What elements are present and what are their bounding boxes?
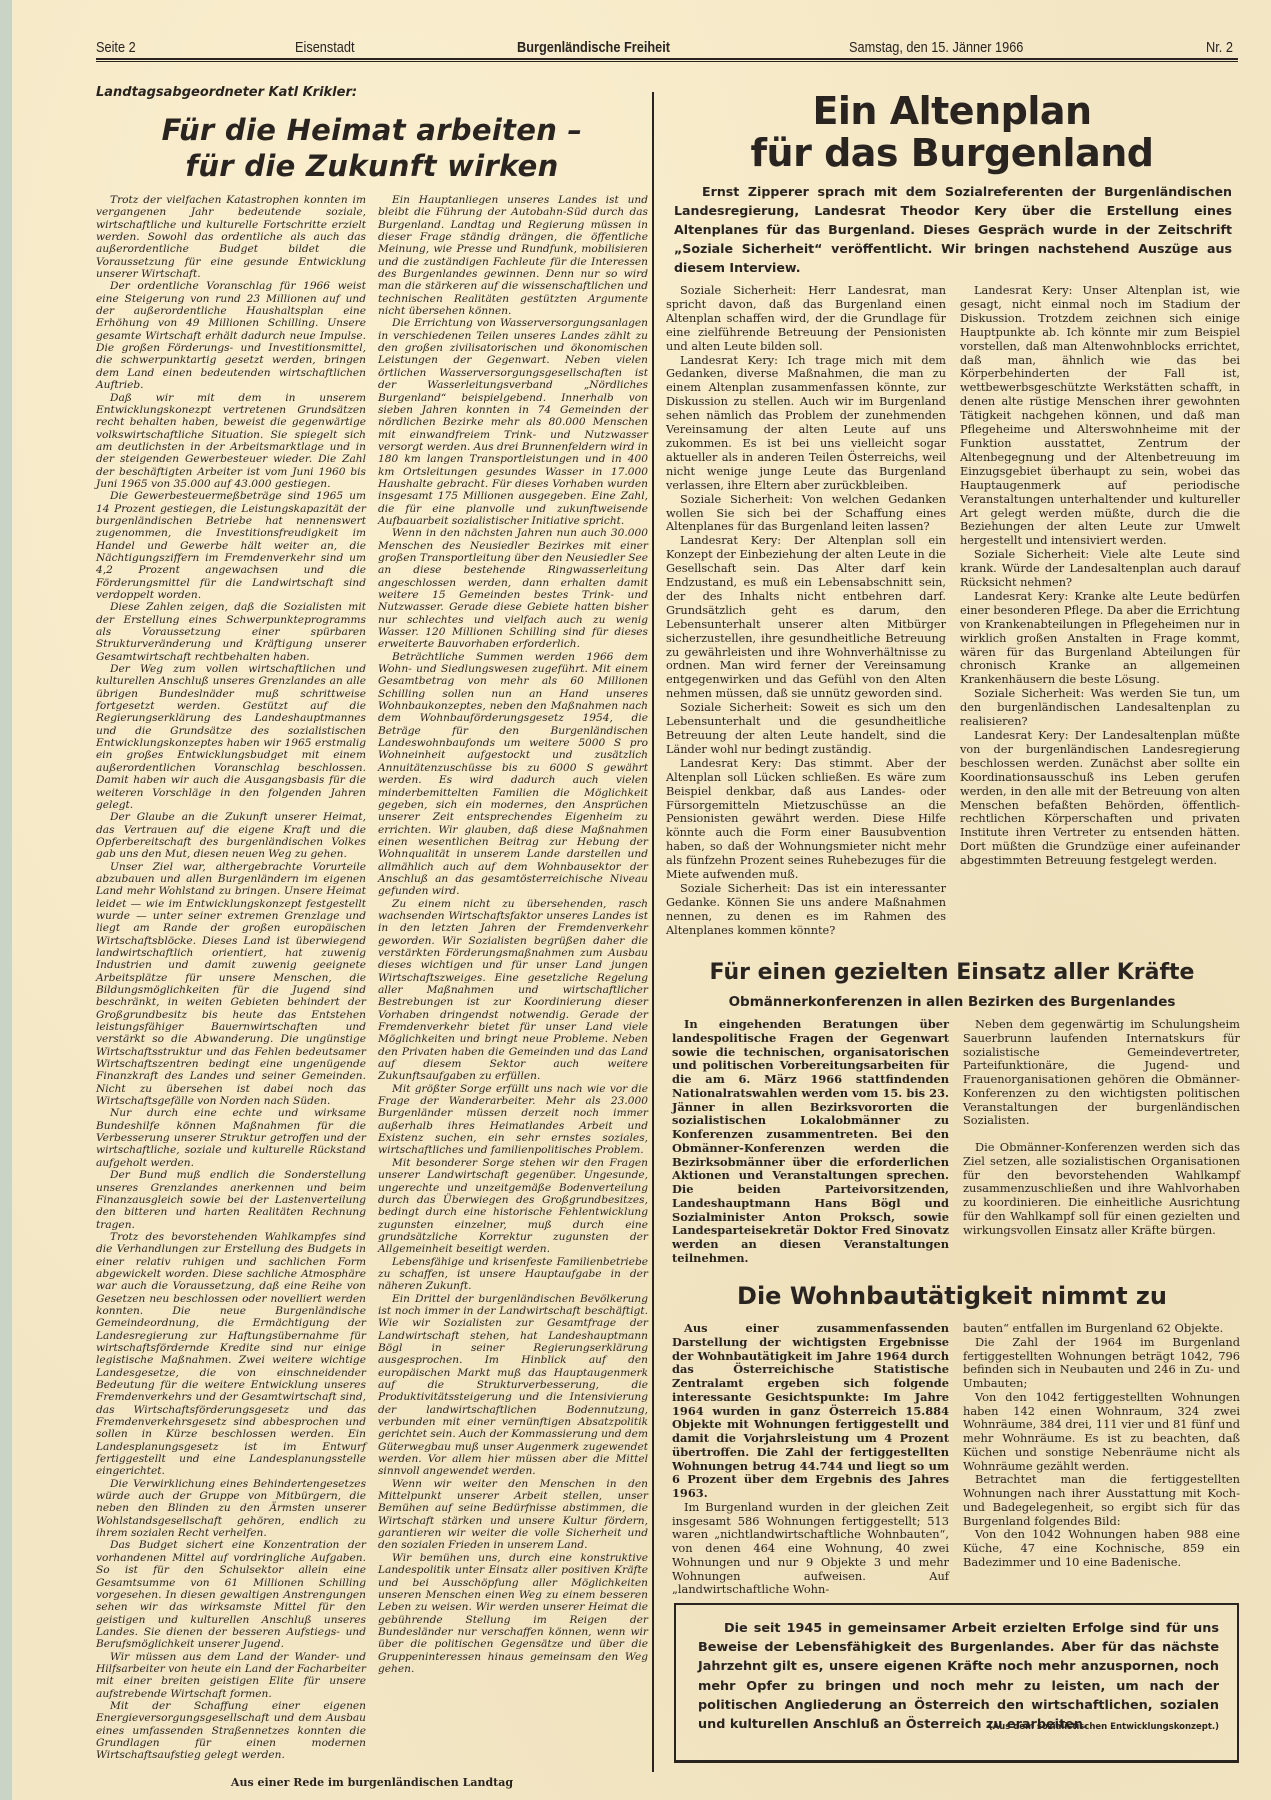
paragraph: Zu einem nicht zu übersehenden, rasch wa… xyxy=(378,898,648,1083)
paragraph: Der ordentliche Voranschlag für 1966 wei… xyxy=(96,280,366,391)
paragraph: Trotz des bevorstehenden Wahlkampfes sin… xyxy=(96,1231,366,1478)
paragraph: Mit besonderer Sorge stehen wir den Frag… xyxy=(378,1157,648,1256)
column-divider xyxy=(652,92,654,1772)
issue-date: Samstag, den 15. Jänner 1966 xyxy=(849,39,1023,56)
paragraph: Betrachtet man die fertiggestellten Wohn… xyxy=(963,1473,1240,1528)
altenplan-body: Soziale Sicherheit: Herr Landesrat, man … xyxy=(666,284,1240,944)
einsatz-right-column: Neben dem gegenwärtig im Schulungsheim S… xyxy=(963,1018,1240,1266)
einsatz-subheadline: Obmännerkonferenzen in allen Bezirken de… xyxy=(662,994,1242,1010)
altenplan-headline: Ein Altenplan für das Burgenland xyxy=(662,90,1242,174)
headline-line-2: für die Zukunft wirken xyxy=(96,148,648,184)
interview-paragraph: Soziale Sicherheit: Herr Landesrat, man … xyxy=(666,284,946,354)
wohnbau-right-column: bauten“ entfallen im Burgenland 62 Objek… xyxy=(963,1322,1240,1597)
altenplan-lead: Ernst Zipperer sprach mit dem Sozialrefe… xyxy=(674,182,1232,277)
paragraph: Die Gewerbesteuermeßbeträge sind 1965 um… xyxy=(96,490,366,601)
interview-paragraph: Landesrat Kery: Unser Altenplan ist, wie… xyxy=(960,284,1240,548)
einsatz-headline: Für einen gezielten Einsatz aller Kräfte xyxy=(662,960,1242,985)
paragraph: Der Bund muß endlich die Sonderstellung … xyxy=(96,1169,366,1231)
interview-paragraph: Landesrat Kery: Kranke alte Leute bedürf… xyxy=(960,590,1240,687)
paragraph: Mit größter Sorge erfüllt uns nach wie v… xyxy=(378,1083,648,1157)
paragraph: Von den 1042 Wohnungen haben 988 eine Kü… xyxy=(963,1528,1240,1569)
left-article-body: Trotz der vielfachen Katastrophen konnte… xyxy=(96,194,648,1776)
paragraph: Trotz der vielfachen Katastrophen konnte… xyxy=(96,194,366,280)
city: Eisenstadt xyxy=(295,39,355,56)
left-article-headline: Für die Heimat arbeiten – für die Zukunf… xyxy=(96,112,648,184)
interview-paragraph: Landesrat Kery: Der Landesaltenplan müßt… xyxy=(960,729,1240,868)
paragraph: Wir müssen aus dem Land der Wander- und … xyxy=(96,1651,366,1700)
einsatz-body: In eingehenden Beratungen über landespol… xyxy=(672,1018,1240,1266)
paragraph: Diese Zahlen zeigen, daß die Sozialisten… xyxy=(96,601,366,663)
issue-number: Nr. 2 xyxy=(1206,39,1233,56)
paragraph: Die Obmänner-Konferenzen werden sich das… xyxy=(963,1141,1240,1237)
article-source-footer: Aus einer Rede im burgenländischen Landt… xyxy=(96,1776,648,1789)
masthead: Seite 2 Eisenstadt Burgenländische Freih… xyxy=(96,30,1238,56)
page-number: Seite 2 xyxy=(96,39,136,56)
interview-paragraph: Soziale Sicherheit: Was werden Sie tun, … xyxy=(960,687,1240,729)
paragraph: Daß wir mit dem in unserem Entwicklungsk… xyxy=(96,392,366,491)
interview-paragraph: Soziale Sicherheit: Das ist ein interess… xyxy=(666,882,946,938)
paragraph: Lebensfähige und krisenfeste Familienbet… xyxy=(378,1256,648,1293)
wohnbau-headline: Die Wohnbautätigkeit nimmt zu xyxy=(662,1282,1242,1310)
interview-paragraph: Soziale Sicherheit: Viele alte Leute sin… xyxy=(960,548,1240,590)
paragraph: Ein Hauptanliegen unseres Landes ist und… xyxy=(378,194,648,317)
paragraph: Die Errichtung von Wasserversorgungsanla… xyxy=(378,317,648,527)
wohnbau-left-column: Aus einer zusammenfassenden Darstellung … xyxy=(672,1322,949,1597)
einsatz-left-column: In eingehenden Beratungen über landespol… xyxy=(672,1018,949,1266)
paragraph: Von den 1042 fertiggestellten Wohnungen … xyxy=(963,1391,1240,1474)
newspaper-page: Seite 2 Eisenstadt Burgenländische Freih… xyxy=(12,0,1271,1800)
paragraph: In eingehenden Beratungen über landespol… xyxy=(672,1018,949,1266)
interview-paragraph: Landesrat Kery: Ich trage mich mit dem G… xyxy=(666,354,946,493)
quote-text: Die seit 1945 in gemeinsamer Arbeit erzi… xyxy=(698,1619,1219,1734)
article-kicker: Landtagsabgeordneter Katl Krikler: xyxy=(96,85,357,100)
wohnbau-body: Aus einer zusammenfassenden Darstellung … xyxy=(672,1322,1240,1597)
headline-line-2: für das Burgenland xyxy=(662,132,1242,174)
paragraph: Wir bemühen uns, durch eine konstruktive… xyxy=(378,1552,648,1675)
interview-paragraph: Landesrat Kery: Der Altenplan soll ein K… xyxy=(666,534,946,701)
paragraph: Das Budget sichert eine Konzentration de… xyxy=(96,1539,366,1650)
headline-line-1: Für die Heimat arbeiten – xyxy=(96,112,648,148)
quote-box: Die seit 1945 in gemeinsamer Arbeit erzi… xyxy=(674,1603,1239,1763)
paragraph: Mit der Schaffung einer eigenen Energiev… xyxy=(96,1700,366,1762)
paragraph: Der Glaube an die Zukunft unserer Heimat… xyxy=(96,811,366,860)
paragraph: Der Weg zum vollen wirtschaftlichen und … xyxy=(96,663,366,811)
paragraph: Neben dem gegenwärtig im Schulungsheim S… xyxy=(963,1018,1240,1128)
paragraph: bauten“ entfallen im Burgenland 62 Objek… xyxy=(963,1322,1240,1336)
paragraph: Beträchtliche Summen werden 1966 dem Woh… xyxy=(378,651,648,898)
masthead-rule xyxy=(96,58,1238,62)
paragraph: Unser Ziel war, althergebrachte Vorurtei… xyxy=(96,861,366,1108)
paragraph: Aus einer zusammenfassenden Darstellung … xyxy=(672,1322,949,1501)
paragraph: Ein Drittel der burgenländischen Bevölke… xyxy=(378,1293,648,1478)
paragraph: Wenn in den nächsten Jahren nun auch 30.… xyxy=(378,527,648,650)
interview-paragraph: Landesrat Kery: Das stimmt. Aber der Alt… xyxy=(666,757,946,882)
paragraph: Im Burgenland wurden in der gleichen Zei… xyxy=(672,1501,949,1597)
paragraph: Die Zahl der 1964 im Burgenland fertigge… xyxy=(963,1336,1240,1391)
headline-line-1: Ein Altenplan xyxy=(662,90,1242,132)
paragraph: Nur durch eine echte und wirksame Bundes… xyxy=(96,1107,366,1169)
interview-paragraph: Soziale Sicherheit: Soweit es sich um de… xyxy=(666,701,946,757)
paper-name: Burgenländische Freiheit xyxy=(517,39,670,56)
paragraph: Die Verwirklichung eines Behindertengese… xyxy=(96,1478,366,1540)
paragraph: Wenn wir weiter den Menschen in den Mitt… xyxy=(378,1478,648,1552)
interview-paragraph: Soziale Sicherheit: Von welchen Gedanken… xyxy=(666,493,946,535)
